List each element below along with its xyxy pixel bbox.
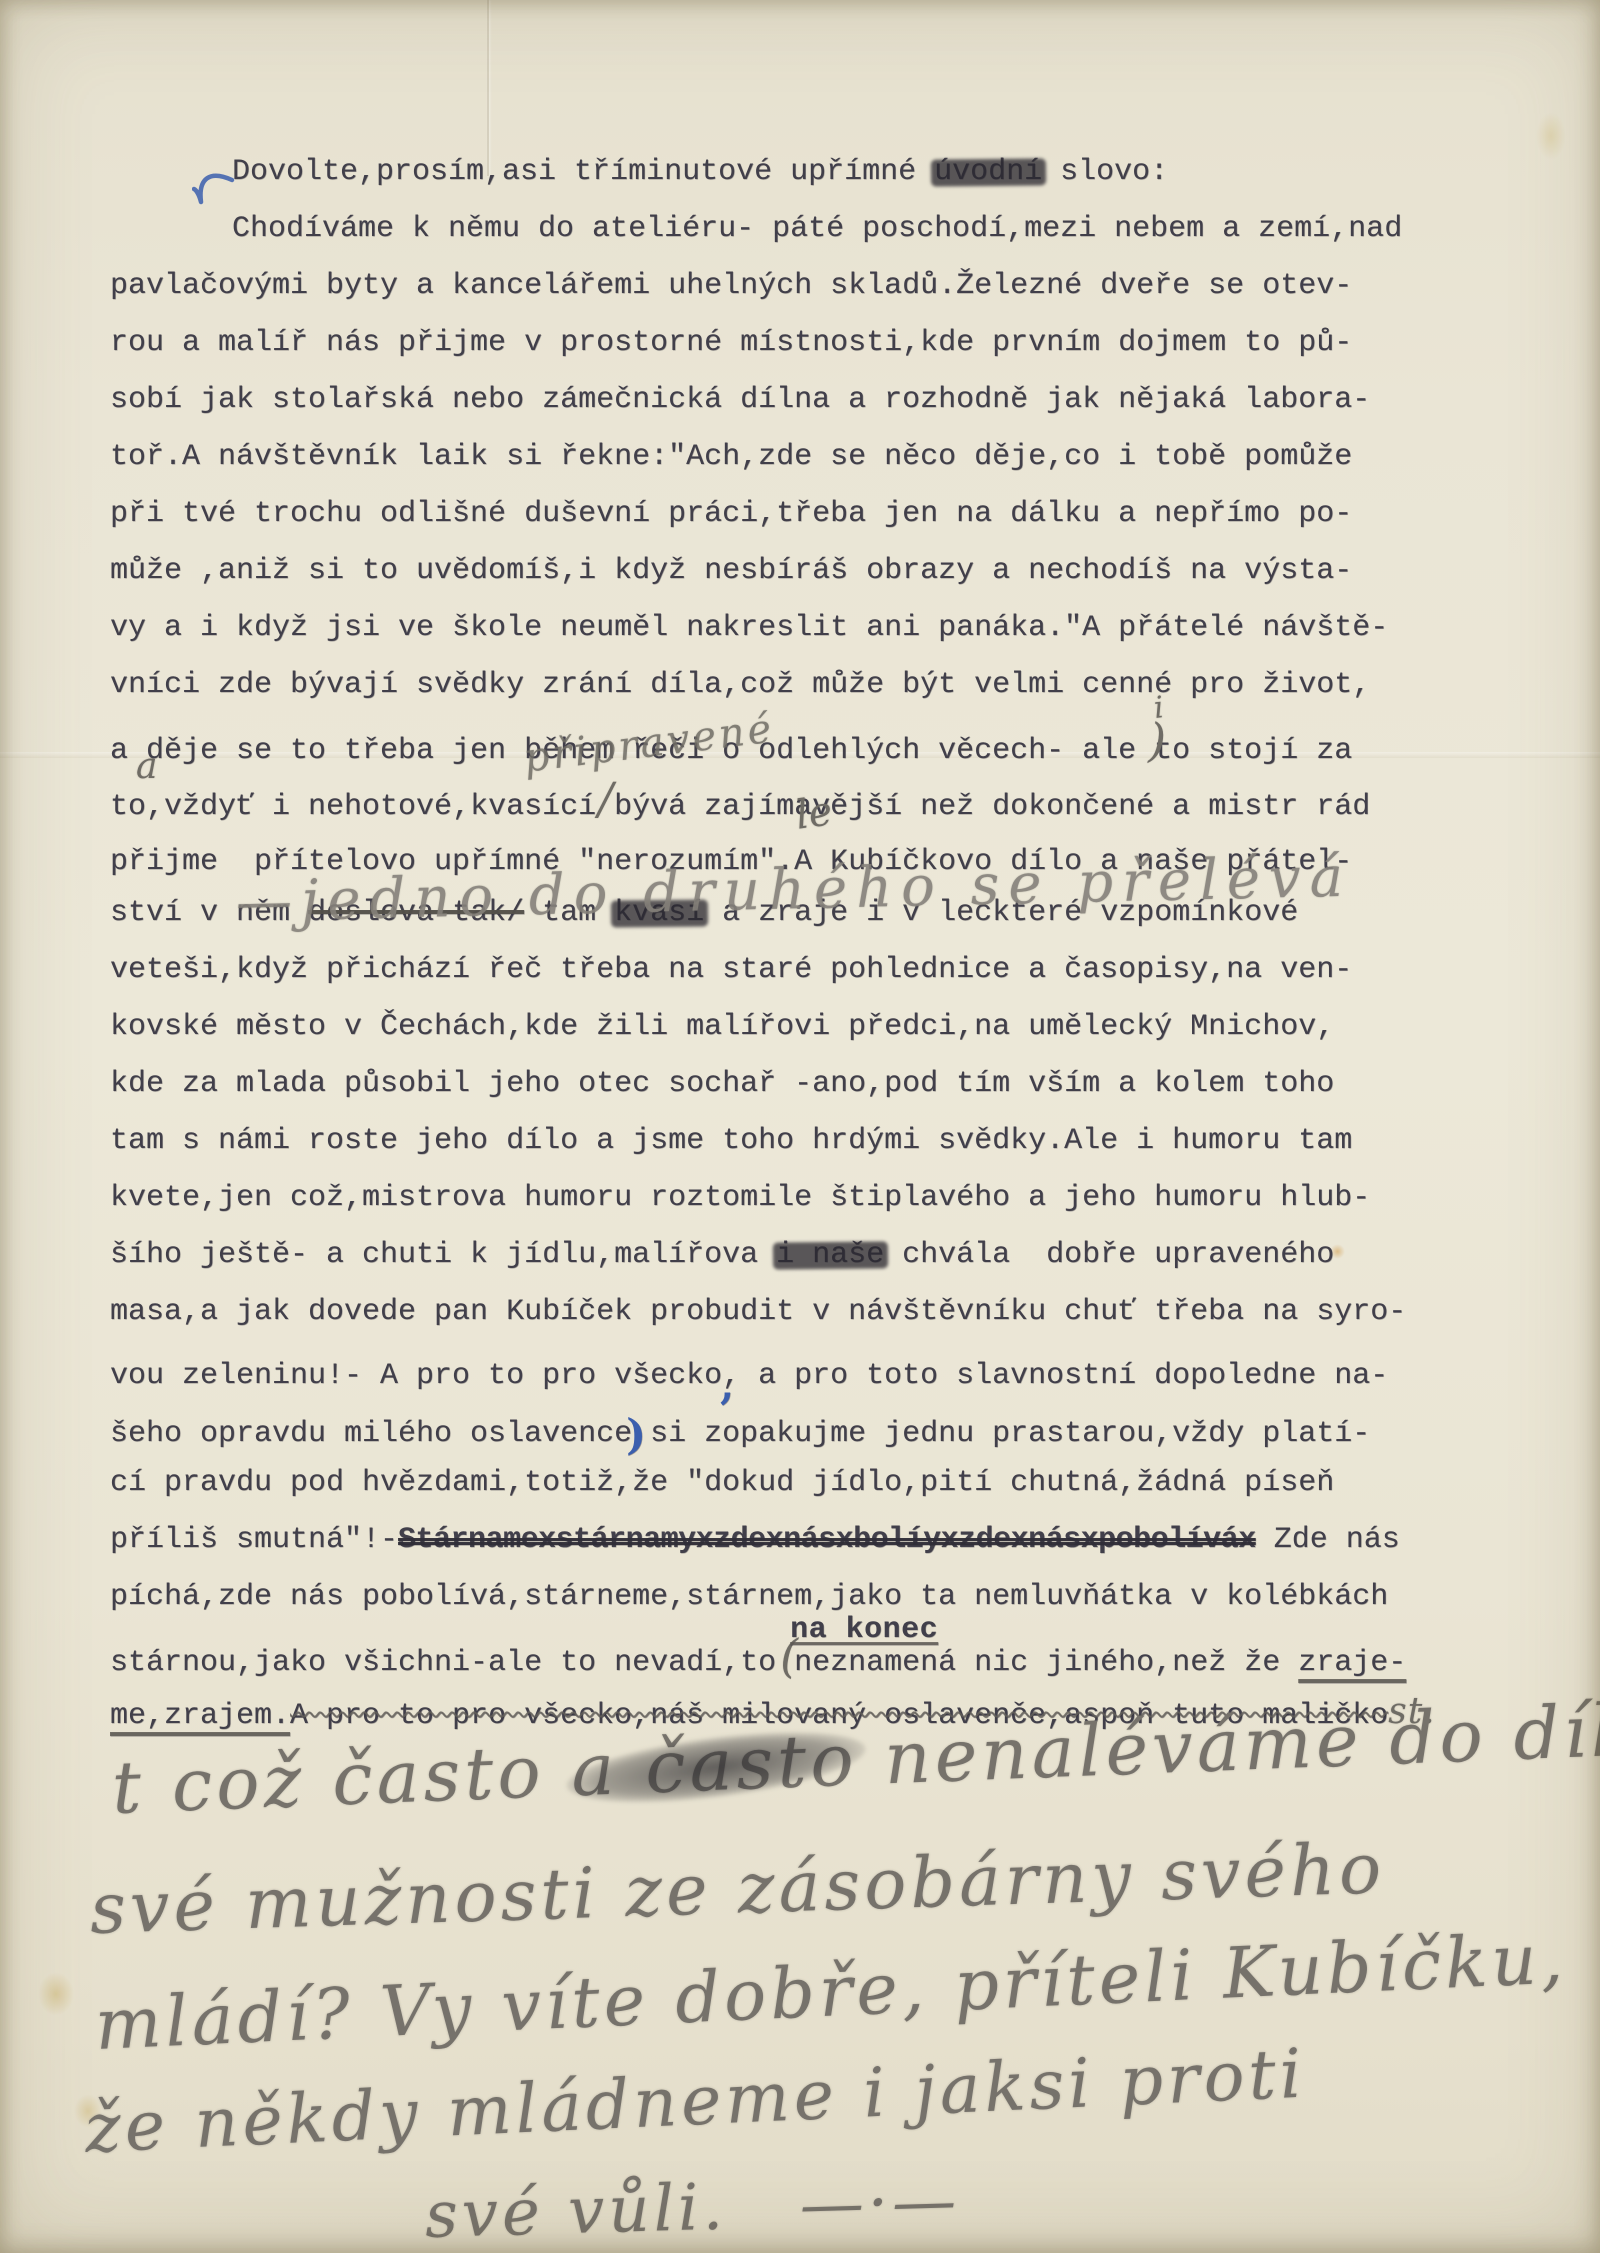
typed-text: své mužnosti ze zásobárny svého <box>89 1827 1387 1950</box>
typed-text: vníci zde bývají svědky zrání díla,což m… <box>110 668 1370 702</box>
typed-text: rou a malíř nás přijme v prostorné místn… <box>110 326 1352 360</box>
typed-text: kvete,jen což,mistrova humoru roztomile … <box>110 1181 1370 1215</box>
typed-text: kovské město v Čechách,kde žili malířovi… <box>110 1010 1334 1044</box>
typed-text: toř.A návštěvník laik si řekne:"Ach,zde … <box>110 440 1352 474</box>
typed-line: tam s námi roste jeho dílo a jsme toho h… <box>110 1113 1436 1170</box>
typed-line: vníci zde bývají svědky zrání díla,což m… <box>110 657 1436 714</box>
typed-line: vou zeleninu!- A pro to pro všecko,, a p… <box>110 1341 1436 1398</box>
pencil-underlined-text: me,zrajem. <box>110 1699 290 1733</box>
typed-line: to,avždyť i nehotové,kvasící /připravené… <box>110 771 1436 828</box>
typed-text: píchá,zde nás pobolívá,stárneme,stárnem,… <box>110 1580 1388 1614</box>
typed-text: t což často <box>110 1728 573 1830</box>
inked-out-text: úvodní <box>934 144 1042 201</box>
typed-line: kovské město v Čechách,kde žili malířovi… <box>110 999 1436 1056</box>
typed-text: Dovolte,prosím,asi tříminutové upřímné <box>232 155 934 189</box>
typed-text: Chodíváme k němu do ateliéru- páté posch… <box>232 212 1402 246</box>
typed-line: příliš smutná"!-Stárnamexstárnamyxzdexná… <box>110 1512 1436 1569</box>
typed-text: kde za mlada působil jeho otec sochař -a… <box>110 1067 1334 1101</box>
typed-text: a pro toto slavnostní dopoledne na- <box>740 1359 1388 1393</box>
typed-line: sobí jak stolařská nebo zámečnická dílna… <box>110 372 1436 429</box>
typed-text: šího ještě- a chuti k jídlu,malířova <box>110 1238 776 1272</box>
typed-text: to, <box>110 790 164 824</box>
typed-text: Zde nás <box>1256 1523 1400 1557</box>
typed-text: šeho opravdu milého oslavence <box>110 1417 650 1451</box>
pencil-underlined-text: zraje- <box>1298 1646 1406 1680</box>
typed-line: rou a malíř nás přijme v prostorné místn… <box>110 315 1436 372</box>
handwritten-block: t což často a často nenaléváme do dílasv… <box>0 1752 1600 2248</box>
inked-out-text: i naše <box>776 1227 884 1284</box>
typed-text: masa,a jak dovede pan Kubíček probudit v… <box>110 1295 1406 1329</box>
handwritten-line: své vůli. —·— <box>424 2151 1600 2248</box>
typed-line: šího ještě- a chuti k jídlu,malířova i n… <box>110 1227 1436 1284</box>
typed-text: vy a i když jsi ve škole neuměl nakresli… <box>110 611 1388 645</box>
typed-line: pavlačovými byty a kancelářemi uhelných … <box>110 258 1436 315</box>
typed-text: příliš smutná"!- <box>110 1523 398 1557</box>
typed-text: stárnou,jako všichni-ale to nevadí,to <box>110 1646 794 1680</box>
typed-line: veteši,když přichází řeč třeba na staré … <box>110 942 1436 999</box>
typed-text: své vůli. —·— <box>424 2164 961 2253</box>
typed-text: si zopakujme jednu prastarou,vždy platí- <box>650 1417 1370 1451</box>
blue-tick-icon <box>192 168 256 212</box>
typed-over-strikeout: Stárnamexstárnamyxzdexnásxbolíyxzdexnásx… <box>398 1523 1256 1557</box>
blue-paragraph-mark <box>192 168 256 217</box>
typed-line: kde za mlada působil jeho otec sochař -a… <box>110 1056 1436 1113</box>
typed-text: může ,aniž si to uvědomíš,i když nesbírá… <box>110 554 1352 588</box>
typed-line: Dovolte,prosím,asi tříminutové upřímné ú… <box>110 144 1436 201</box>
typed-line: vy a i když jsi ve škole neuměl nakresli… <box>110 600 1436 657</box>
typed-text: chvála dobře upraveného <box>884 1238 1334 1272</box>
typed-line: cí pravdu pod hvězdami,totiž,že "dokud j… <box>110 1455 1436 1512</box>
typed-text: slovo: <box>1042 155 1168 189</box>
typed-text: bývá zajímavější než dokončené a mistr r… <box>614 790 1370 824</box>
typed-text: při tvé trochu odlišné duševní práci,tře… <box>110 497 1352 531</box>
typed-line: Chodíváme k němu do ateliéru- páté posch… <box>110 201 1436 258</box>
typed-text: pavlačovými byty a kancelářemi uhelných … <box>110 269 1352 303</box>
typed-text: vždyť i nehotové,kvasící <box>164 790 614 824</box>
typed-text: cí pravdu pod hvězdami,totiž,že "dokud j… <box>110 1466 1334 1500</box>
typed-line: kvete,jen což,mistrova humoru roztomile … <box>110 1170 1436 1227</box>
pencil-scratched-text: a často <box>570 1723 859 1806</box>
paper-stain <box>1536 112 1566 160</box>
typed-line: může ,aniž si to uvědomíš,i když nesbírá… <box>110 543 1436 600</box>
typed-line: při tvé trochu odlišné duševní práci,tře… <box>110 486 1436 543</box>
typescript-page: Dovolte,prosím,asi tříminutové upřímné ú… <box>0 0 1600 2253</box>
typed-line: masa,a jak dovede pan Kubíček probudit v… <box>110 1284 1436 1341</box>
typed-text: sobí jak stolařská nebo zámečnická dílna… <box>110 383 1370 417</box>
typed-text-block: Dovolte,prosím,asi tříminutové upřímné ú… <box>110 144 1436 1740</box>
typed-text: neznamená nic jiného,než že <box>794 1646 1298 1680</box>
typed-text: tam s námi roste jeho dílo a jsme toho h… <box>110 1124 1352 1158</box>
typed-line: šeho opravdu milého oslavence )si zopaku… <box>110 1398 1436 1455</box>
typed-line: stárnou,jako všichni-ale to nevadí,to (n… <box>110 1626 1436 1683</box>
typed-line: toř.A návštěvník laik si řekne:"Ach,zde … <box>110 429 1436 486</box>
typed-text: veteši,když přichází řeč třeba na staré … <box>110 953 1352 987</box>
typed-text: to stojí za <box>1154 734 1352 768</box>
typed-line: píchá,zde nás pobolívá,stárneme,stárnem,… <box>110 1569 1436 1626</box>
typed-text: vou zeleninu!- A pro to pro všecko, <box>110 1359 740 1393</box>
